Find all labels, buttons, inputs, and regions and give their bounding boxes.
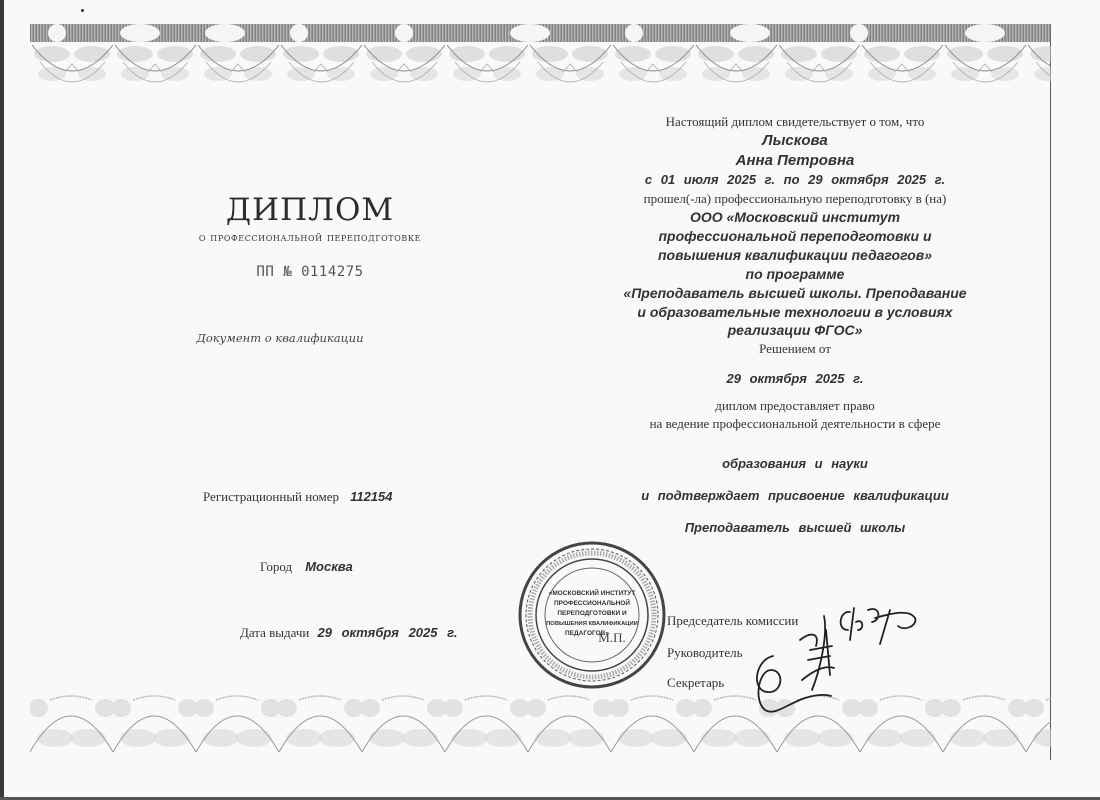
document-kind: Документ о квалификации (150, 331, 410, 345)
institution-line-1: ООО «Московский институт (585, 209, 1005, 225)
document-serial-number: ПП № 0114275 (180, 264, 440, 280)
stamp-line-3: ПЕРЕПОДГОТОВКИ И (557, 610, 627, 617)
document-subtitle: о профессиональной переподготовке (150, 230, 470, 244)
city-row: Город Москва (260, 556, 353, 575)
rights-line-2: на ведение профессиональной деятельности… (585, 416, 1005, 432)
secretary-label: Секретарь (667, 675, 724, 691)
registration-label: Регистрационный номер (203, 489, 339, 504)
page-right-rule (1050, 25, 1051, 760)
secretary-signature (745, 650, 835, 720)
stamp-line-4: ПОВЫШЕНИЯ КВАЛИФИКАЦИИ (546, 621, 638, 627)
program-line-2: и образовательные технологии в условиях (585, 304, 1005, 320)
top-ornament-border (30, 42, 1051, 102)
issue-date-value: 29 октября 2025 г. (318, 625, 458, 640)
official-seal-stamp: «МОСКОВСКИЙ ИНСТИТУТ ПРОФЕССИОНАЛЬНОЙ ПЕ… (517, 540, 667, 690)
scan-speck (81, 9, 84, 12)
activity-sphere: образования и науки (585, 456, 1005, 471)
holder-surname: Лыскова (585, 132, 1005, 149)
city-value: Москва (305, 559, 353, 574)
qualification-title: Преподаватель высшей школы (585, 520, 1005, 535)
issue-date-row: Дата выдачи 29 октября 2025 г. (240, 622, 457, 641)
program-label: по программе (585, 266, 1005, 282)
decision-date: 29 октября 2025 г. (585, 371, 1005, 386)
stamp-mark: М.П. (598, 630, 625, 645)
decision-label: Решением от (585, 341, 1005, 357)
registration-row: Регистрационный номер 112154 (203, 486, 393, 505)
program-line-1: «Преподаватель высшей школы. Преподавани… (585, 285, 1005, 301)
document-title: ДИПЛОМ (180, 192, 440, 228)
institution-line-3: повышения квалификации педагогов» (585, 247, 1005, 263)
completed-text: прошел(-ла) профессиональную переподгото… (585, 191, 1005, 207)
city-label: Город (260, 559, 292, 574)
confirms-qualification: и подтверждает присвоение квалификации (585, 488, 1005, 503)
director-label: Руководитель (667, 645, 743, 661)
institution-line-2: профессиональной переподготовки и (585, 228, 1005, 244)
issue-date-label: Дата выдачи (240, 625, 309, 640)
scan-edge-left (0, 0, 4, 800)
top-guilloche-band (30, 24, 1051, 42)
program-line-3: реализации ФГОС» (585, 322, 1005, 338)
rights-line-1: диплом предоставляет право (585, 398, 1005, 414)
registration-number: 112154 (350, 489, 392, 504)
chairman-label: Председатель комиссии (667, 613, 798, 629)
holder-given-names: Анна Петровна (585, 152, 1005, 169)
stamp-line-2: ПРОФЕССИОНАЛЬНОЙ (554, 598, 630, 607)
stamp-line-1: «МОСКОВСКИЙ ИНСТИТУТ (549, 588, 636, 597)
training-period: с 01 июля 2025 г. по 29 октября 2025 г. (585, 172, 1005, 187)
certificate-intro: Настоящий диплом свидетельствует о том, … (585, 114, 1005, 130)
bottom-ornament-border (30, 690, 1051, 760)
